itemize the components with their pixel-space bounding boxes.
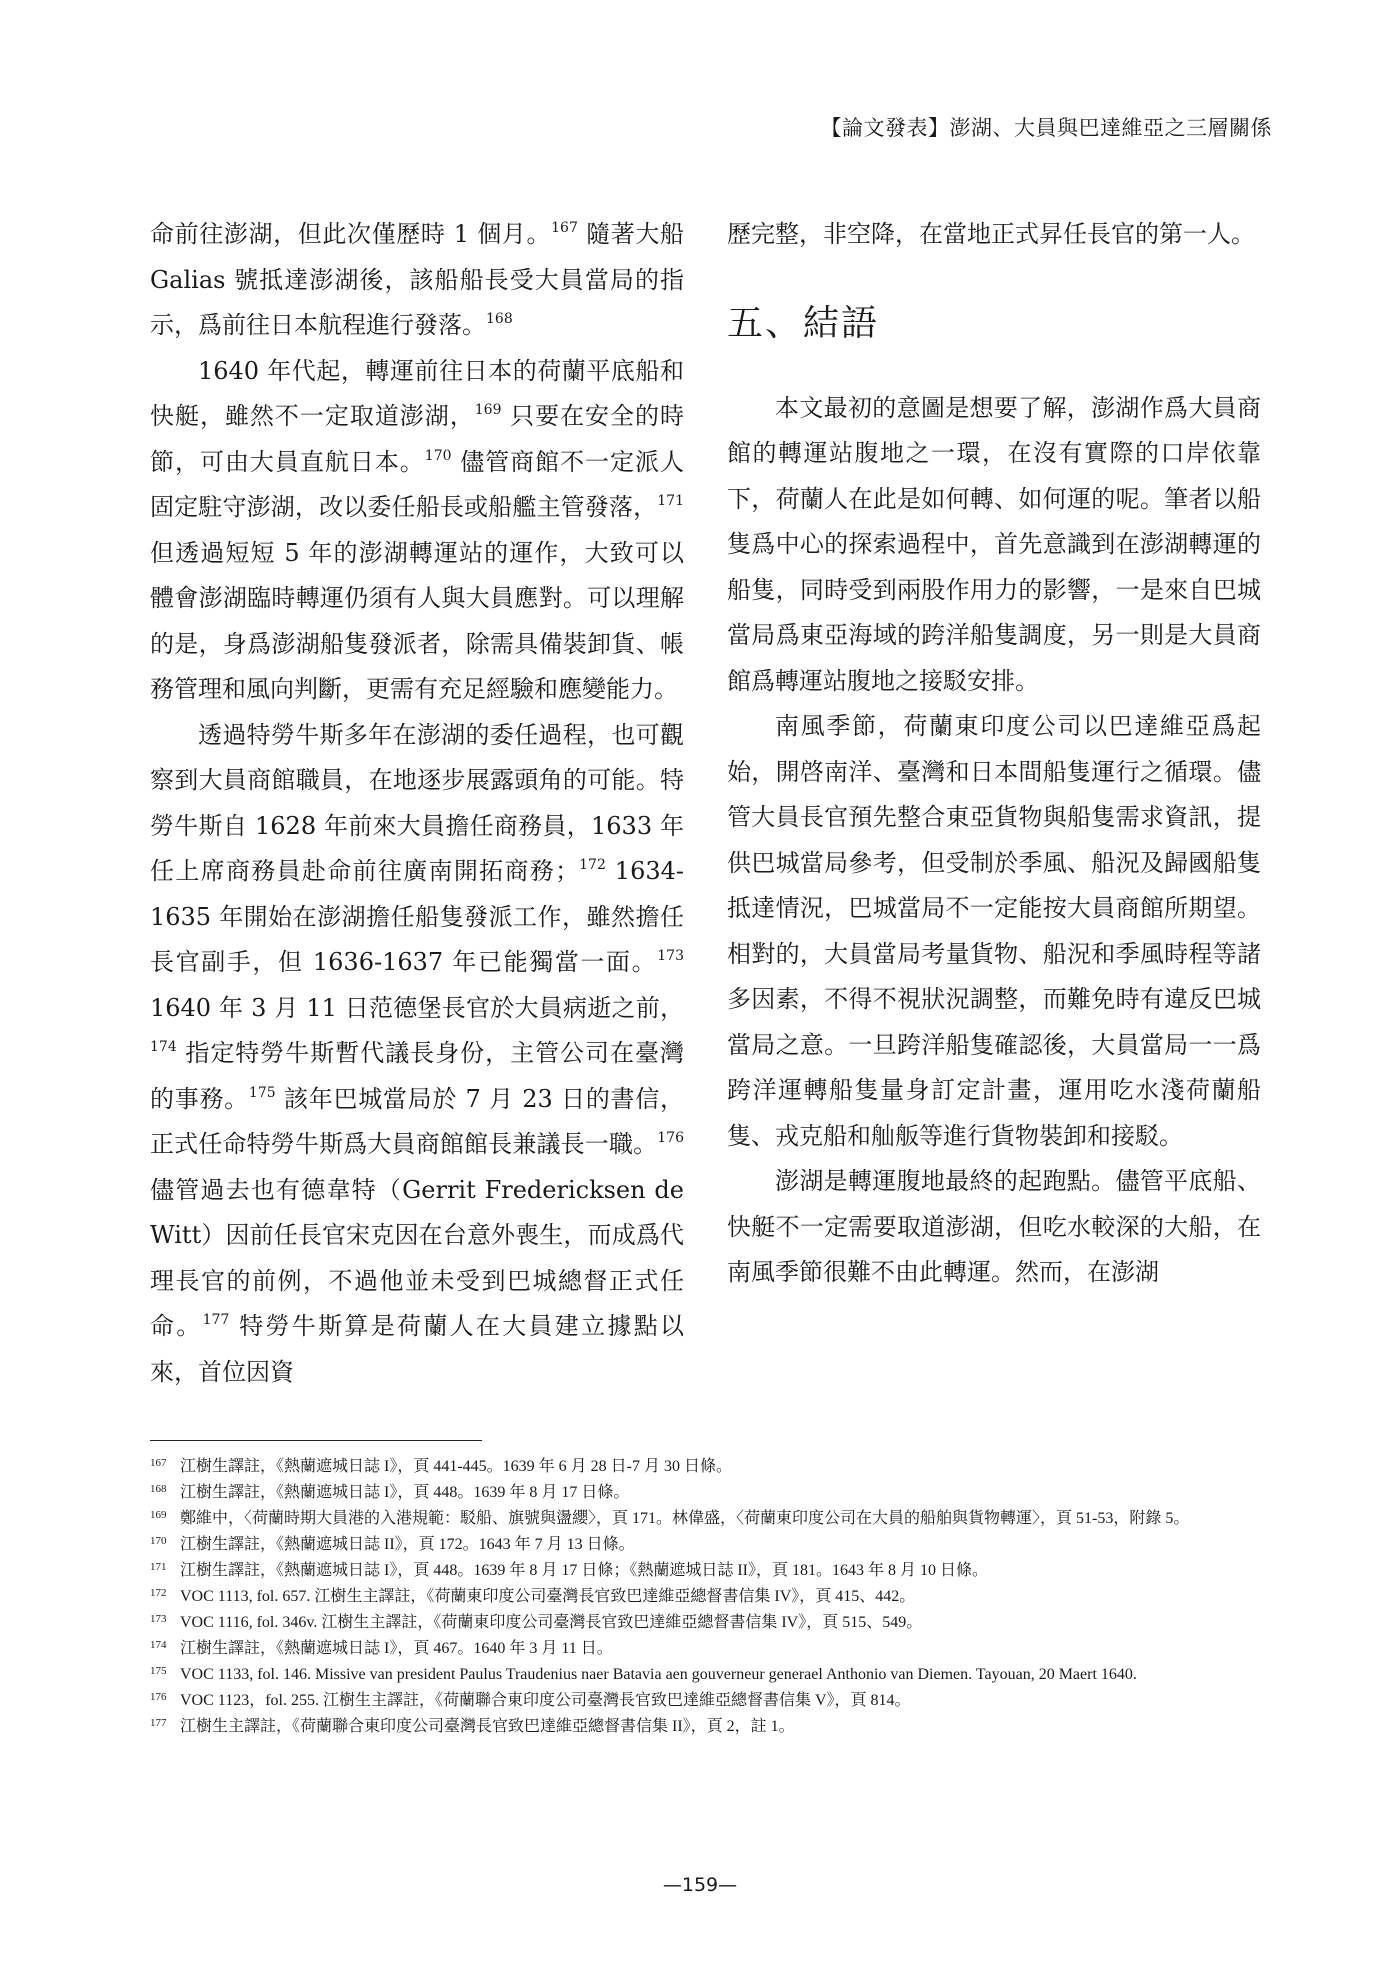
footnote-number: 176: [150, 1684, 167, 1710]
footnote-text: 江樹生譯註，《熱蘭遮城日誌 I》，頁 448。1639 年 8 月 17 日條。: [180, 1484, 629, 1501]
footnote: 169鄭維中，〈荷蘭時期大員港的入港規範：駁船、旗號與盪纓〉，頁 171。林偉盛…: [150, 1506, 1265, 1532]
footnote: 173VOC 1116, fol. 346v. 江樹生主譯註，《荷蘭東印度公司臺…: [150, 1610, 1265, 1636]
lead-paragraph: 歷完整，非空降，在當地正式昇任長官的第一人。: [727, 212, 1261, 258]
footnote-number: 167: [150, 1450, 167, 1476]
paragraph-text: 命前往澎湖，但此次僅歷時 1 個月。: [150, 220, 551, 248]
footnote: 170江樹生譯註，《熱蘭遮城日誌 II》，頁 172。1643 年 7 月 13…: [150, 1532, 1265, 1558]
footnote-text: VOC 1123，fol. 255. 江樹生主譯註，《荷蘭聯合東印度公司臺灣長官…: [180, 1692, 911, 1709]
body-paragraph: 本文最初的意圖是想要了解，澎湖作爲大員商館的轉運站腹地之一環，在沒有實際的口岸依…: [727, 386, 1261, 705]
footnote: 177江樹生主譯註，《荷蘭聯合東印度公司臺灣長官致巴達維亞總督書信集 II》，頁…: [150, 1714, 1265, 1740]
footnote-number: 169: [150, 1502, 167, 1528]
footnote-ref[interactable]: 173: [657, 948, 684, 964]
footnote-number: 174: [150, 1632, 167, 1658]
footnote-text: VOC 1113, fol. 657. 江樹生主譯註，《荷蘭東印度公司臺灣長官致…: [180, 1588, 915, 1605]
body-paragraph: 澎湖是轉運腹地最終的起跑點。儘管平底船、快艇不一定需要取道澎湖，但吃水較深的大船…: [727, 1159, 1261, 1296]
footnote-ref[interactable]: 167: [551, 220, 578, 236]
footnote-number: 175: [150, 1658, 167, 1684]
footnote-ref[interactable]: 171: [657, 493, 684, 509]
footnote-ref[interactable]: 170: [425, 448, 452, 464]
footnote-text: 江樹生譯註，《熱蘭遮城日誌 I》，頁 448。1639 年 8 月 17 日條；…: [180, 1562, 988, 1579]
paragraph-text: 但透過短短 5 年的澎湖轉運站的運作，大致可以體會澎湖臨時轉運仍須有人與大員應對…: [150, 539, 684, 704]
footnote-text: 江樹生譯註，《熱蘭遮城日誌 I》，頁 441-445。1639 年 6 月 28…: [180, 1458, 732, 1475]
footnote-ref[interactable]: 175: [249, 1085, 276, 1101]
footnote-ref[interactable]: 177: [203, 1312, 230, 1328]
footnote-text: 江樹生譯註，《熱蘭遮城日誌 II》，頁 172。1643 年 7 月 13 日條…: [180, 1536, 635, 1553]
right-column: 歷完整，非空降，在當地正式昇任長官的第一人。 五、結語 本文最初的意圖是想要了解…: [727, 212, 1261, 1296]
footnote-ref[interactable]: 172: [579, 857, 606, 873]
footnotes: 167江樹生譯註，《熱蘭遮城日誌 I》，頁 441-445。1639 年 6 月…: [150, 1454, 1265, 1740]
running-header: 【論文發表】澎湖、大員與巴達維亞之三層關係: [821, 112, 1273, 142]
footnote-ref[interactable]: 169: [475, 402, 502, 418]
footnote-ref[interactable]: 174: [150, 1039, 177, 1055]
footnote: 167江樹生譯註，《熱蘭遮城日誌 I》，頁 441-445。1639 年 6 月…: [150, 1454, 1265, 1480]
footnote-number: 177: [150, 1710, 167, 1736]
footnote-divider: [150, 1440, 482, 1441]
left-column: 命前往澎湖，但此次僅歷時 1 個月。167 隨著大船 Galias 號抵達澎湖後…: [150, 212, 684, 1395]
footnote-text: VOC 1133, fol. 146. Missive van presiden…: [180, 1666, 1137, 1683]
footnote-number: 173: [150, 1606, 167, 1632]
footnote-number: 170: [150, 1528, 167, 1554]
footnote: 171江樹生譯註，《熱蘭遮城日誌 I》，頁 448。1639 年 8 月 17 …: [150, 1558, 1265, 1584]
footnote: 168江樹生譯註，《熱蘭遮城日誌 I》，頁 448。1639 年 8 月 17 …: [150, 1480, 1265, 1506]
body-paragraph: 透過特勞牛斯多年在澎湖的委任過程，也可觀察到大員商館職員，在地逐步展露頭角的可能…: [150, 713, 684, 1396]
footnote-ref[interactable]: 168: [486, 311, 513, 327]
footnote: 172VOC 1113, fol. 657. 江樹生主譯註，《荷蘭東印度公司臺灣…: [150, 1584, 1265, 1610]
footnote-ref[interactable]: 176: [657, 1130, 684, 1146]
body-paragraph: 命前往澎湖，但此次僅歷時 1 個月。167 隨著大船 Galias 號抵達澎湖後…: [150, 212, 684, 349]
footnote-text: VOC 1116, fol. 346v. 江樹生主譯註，《荷蘭東印度公司臺灣長官…: [180, 1614, 922, 1631]
footnote: 175VOC 1133, fol. 146. Missive van presi…: [150, 1662, 1265, 1688]
footnote-text: 鄭維中，〈荷蘭時期大員港的入港規範：駁船、旗號與盪纓〉，頁 171。林偉盛，〈荷…: [180, 1510, 1189, 1527]
footnote-number: 171: [150, 1554, 167, 1580]
paragraph-text: 特勞牛斯算是荷蘭人在大員建立據點以來，首位因資: [150, 1312, 684, 1386]
footnote: 174江樹生譯註，《熱蘭遮城日誌 I》，頁 467。1640 年 3 月 11 …: [150, 1636, 1265, 1662]
footnote: 176VOC 1123，fol. 255. 江樹生主譯註，《荷蘭聯合東印度公司臺…: [150, 1688, 1265, 1714]
paragraph-text: 1640 年 3 月 11 日范德堡長官於大員病逝之前，: [150, 994, 684, 1022]
footnote-text: 江樹生主譯註，《荷蘭聯合東印度公司臺灣長官致巴達維亞總督書信集 II》，頁 2，…: [180, 1718, 795, 1735]
section-heading: 五、結語: [727, 300, 1261, 348]
footnote-number: 172: [150, 1580, 167, 1606]
footnote-number: 168: [150, 1476, 167, 1502]
body-paragraph: 1640 年代起，轉運前往日本的荷蘭平底船和快艇，雖然不一定取道澎湖，169 只…: [150, 349, 684, 713]
footnote-text: 江樹生譯註，《熱蘭遮城日誌 I》，頁 467。1640 年 3 月 11 日。: [180, 1640, 613, 1657]
page-number: —159—: [0, 1874, 1400, 1896]
body-paragraph: 南風季節，荷蘭東印度公司以巴達維亞爲起始，開啓南洋、臺灣和日本間船隻運行之循環。…: [727, 704, 1261, 1159]
